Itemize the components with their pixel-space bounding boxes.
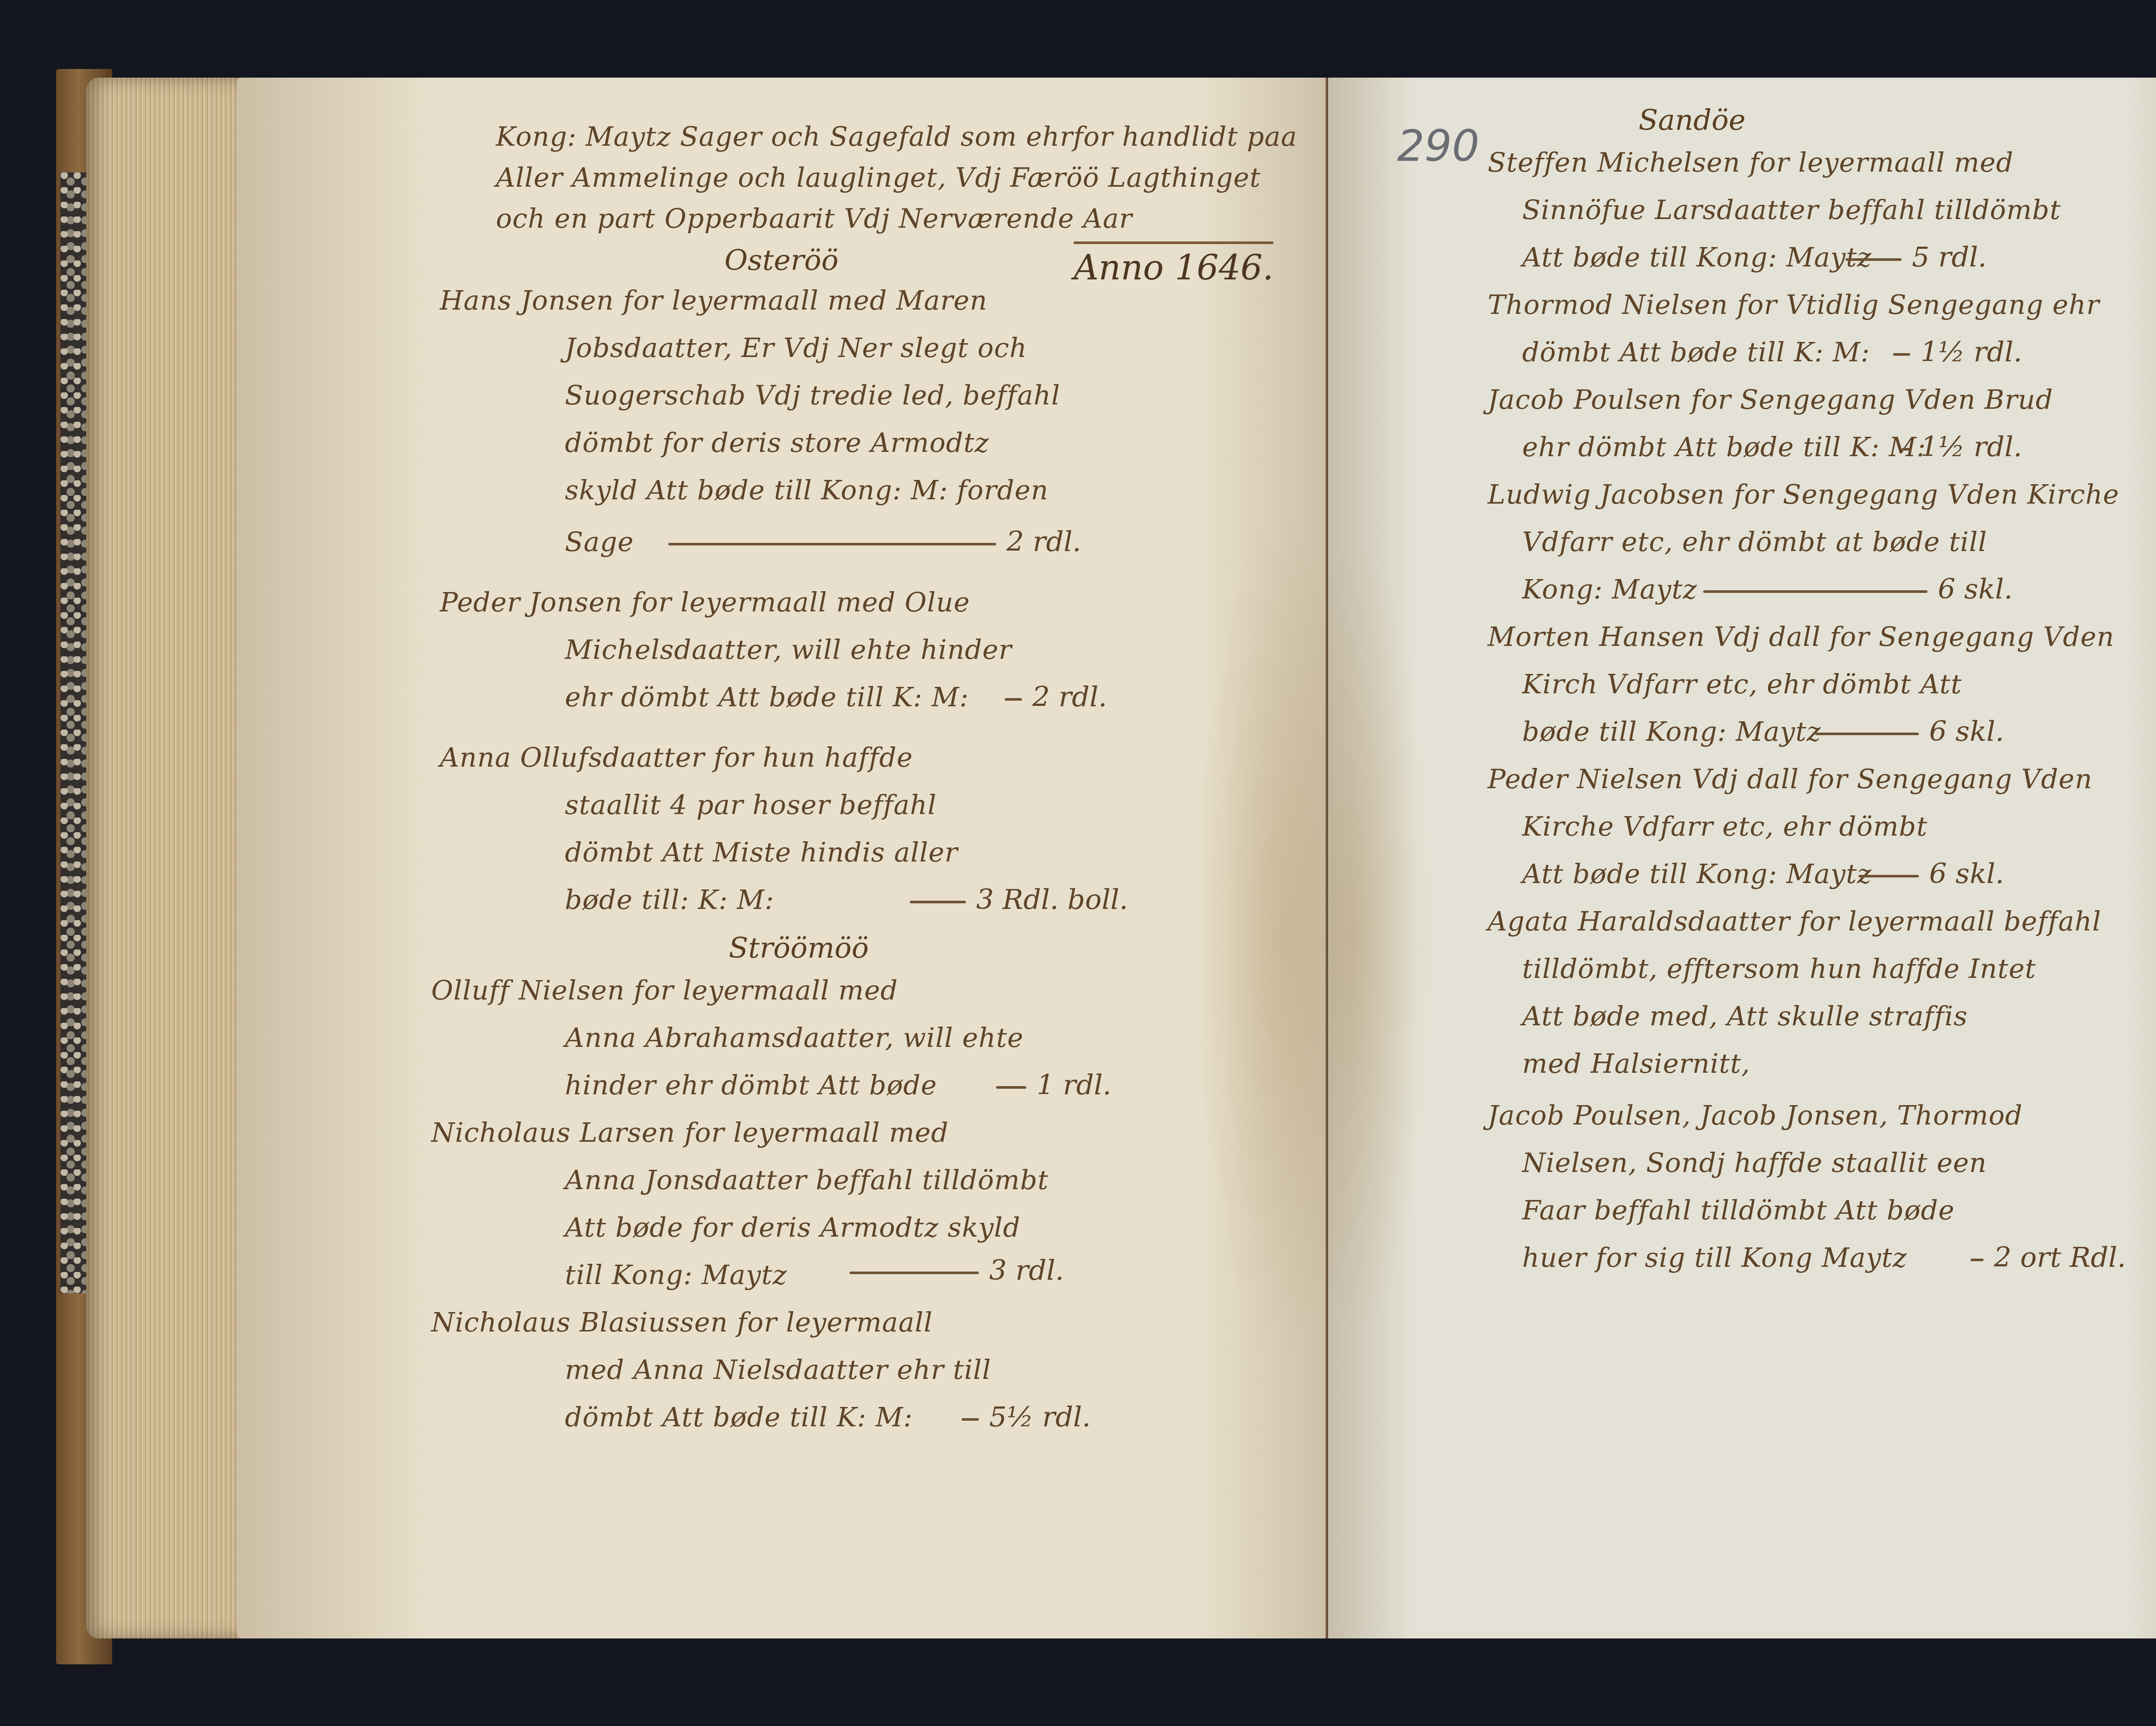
entry-line: Morten Hansen Vdj dall for Sengegang Vde… [1488, 621, 2114, 652]
entry-line: med Anna Nielsdaatter ehr till [565, 1354, 991, 1385]
fine-amount: 3 rdl. [849, 1255, 1064, 1287]
page-stack-left [86, 78, 241, 1638]
entry-line: dömbt Att bøde till K: M: [565, 1401, 913, 1433]
intro-line: Kong: Maytz Sager och Sagefald som ehrfo… [496, 121, 1297, 152]
fine-amount: 2 rdl. [1005, 681, 1107, 713]
section-heading: Sandöe [1639, 103, 1745, 137]
entry-line: Faar beffahl tilldömbt Att bøde [1522, 1194, 1955, 1226]
year-heading: Anno 1646. [1074, 241, 1273, 288]
entry-line: dömbt Att bøde till K: M: [1522, 336, 1870, 368]
entry-line: Jobsdaatter, Er Vdj Ner slegt och [565, 332, 1027, 363]
entry-line: Anna Ollufsdaatter for hun haffde [440, 742, 913, 773]
entry-line: staallit 4 par hoser beffahl [565, 789, 937, 821]
fine-amount: 5½ rdl. [962, 1401, 1091, 1433]
entry-line: Ludwig Jacobsen for Sengegang Vden Kirch… [1488, 479, 2119, 510]
entry-line: dömbt for deris store Armodtz [565, 427, 989, 458]
entry-line: Nicholaus Blasiussen for leyermaall [431, 1306, 933, 1338]
entry-line: Sinnöfue Larsdaatter beffahl tilldömbt [1522, 194, 2061, 226]
entry-line: Kong: Maytz [1522, 573, 1697, 605]
fine-amount: 6 skl. [1858, 858, 2004, 890]
entry-line: Att bøde for deris Armodtz skyld [565, 1212, 1021, 1243]
entry-line: med Halsiernitt, [1522, 1048, 1750, 1079]
entry-line: Anna Abrahamsdaatter, will ehte [565, 1022, 1024, 1053]
fine-amount: 5 rdl. [1846, 241, 1987, 273]
entry-line: Att bøde till Kong: Maytz [1522, 858, 1872, 890]
entry-line: Nielsen, Sondj haffde staallit een [1522, 1147, 1987, 1178]
open-book: Kong: Maytz Sager och Sagefald som ehrfo… [56, 60, 2156, 1673]
entry-line: skyld Att bøde till Kong: M: forden [565, 474, 1049, 506]
fine-amount: 6 skl. [1815, 716, 2004, 748]
entry-line: bøde till: K: M: [565, 884, 774, 915]
entry-line: till Kong: Maytz [565, 1259, 787, 1291]
left-page: Kong: Maytz Sager och Sagefald som ehrfo… [237, 78, 1328, 1638]
entry-line: Michelsdaatter, will ehte hinder [565, 634, 1012, 665]
entry-line: Peder Nielsen Vdj dall for Sengegang Vde… [1488, 763, 2093, 795]
entry-line: hinder ehr dömbt Att bøde [565, 1069, 937, 1101]
entry-line: ehr dömbt Att bøde till K: M: [1522, 431, 1926, 463]
intro-line: och en part Opperbaarit Vdj Nerværende A… [496, 203, 1132, 234]
entry-line: Sage [565, 526, 634, 558]
fine-amount: 1½ rdl. [1902, 431, 2022, 463]
right-page: 290 Sandöe Steffen Michelsen for leyerma… [1328, 78, 2156, 1638]
entry-line: Peder Jonsen for leyermaall med Olue [440, 586, 970, 618]
entry-line: Vdfarr etc, ehr dömbt at bøde till [1522, 526, 1987, 558]
entry-line: ehr dömbt Att bøde till K: M: [565, 681, 969, 713]
entry-line: Steffen Michelsen for leyermaall med [1488, 147, 2014, 178]
marbled-endpaper [60, 172, 86, 1294]
folio-number: 290 [1397, 121, 1479, 171]
fine-amount: 2 rdl. [668, 526, 1081, 558]
section-heading: Osteröö [724, 244, 839, 277]
entry-line: Agata Haraldsdaatter for leyermaall beff… [1488, 905, 2101, 937]
entry-line: Jacob Poulsen, Jacob Jonsen, Thormod [1488, 1100, 2023, 1131]
entry-line: Hans Jonsen for leyermaall med Maren [440, 285, 987, 316]
entry-line: Thormod Nielsen for Vtidlig Sengegang eh… [1488, 289, 2100, 320]
entry-line: dömbt Att Miste hindis aller [565, 836, 958, 868]
entry-line: Kirch Vdfarr etc, ehr dömbt Att [1522, 668, 1962, 700]
fine-amount: 1 rdl. [996, 1069, 1111, 1101]
entry-line: Nicholaus Larsen for leyermaall med [431, 1117, 949, 1148]
entry-line: Att bøde till Kong: Maytz [1522, 241, 1872, 273]
entry-line: Att bøde med, Att skulle straffis [1522, 1000, 1968, 1032]
entry-line: Olluff Nielsen for leyermaall med [431, 974, 898, 1006]
entry-line: Jacob Poulsen for Sengegang Vden Brud [1488, 384, 2053, 415]
section-heading: Ströömöö [729, 931, 869, 965]
entry-line: Suogerschab Vdj tredie led, beffahl [565, 379, 1060, 411]
fine-amount: 3 Rdl. boll. [910, 884, 1128, 916]
fine-amount: 2 ort Rdl. [1971, 1242, 2126, 1274]
fine-amount: 1½ rdl. [1893, 336, 2022, 368]
entry-line: tilldömbt, efftersom hun haffde Intet [1522, 953, 2036, 984]
fine-amount: 6 skl. [1703, 573, 2013, 605]
intro-line: Aller Ammelinge och lauglinget, Vdj Færö… [496, 162, 1261, 193]
entry-line: huer for sig till Kong Maytz [1522, 1242, 1907, 1273]
entry-line: Anna Jonsdaatter beffahl tilldömbt [565, 1164, 1049, 1196]
entry-line: Kirche Vdfarr etc, ehr dömbt [1522, 811, 1927, 842]
entry-line: bøde till Kong: Maytz [1522, 716, 1821, 747]
